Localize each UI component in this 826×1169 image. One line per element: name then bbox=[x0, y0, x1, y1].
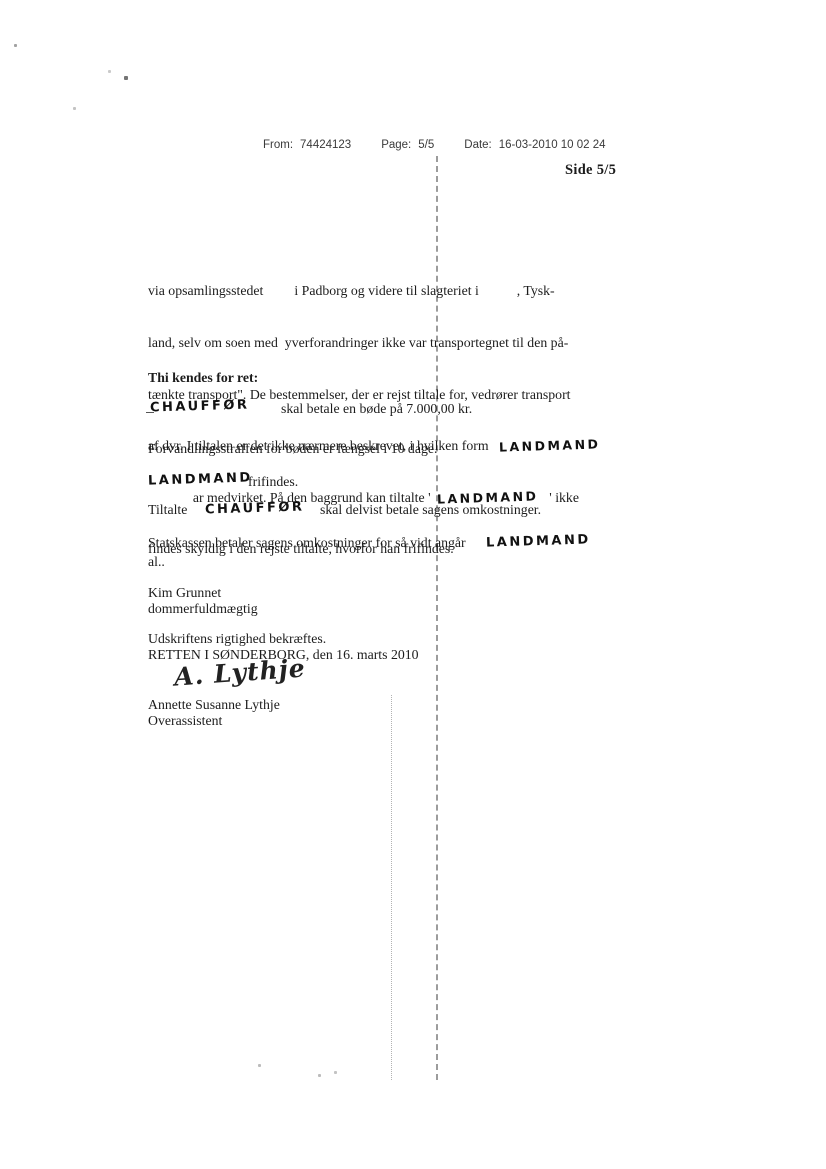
handwritten-chauffor: CHAUFFØR bbox=[205, 500, 304, 516]
fine-text: skal betale en bøde på 7.000,00 kr. bbox=[281, 401, 472, 417]
fax-page: Page: 5/5 bbox=[381, 139, 434, 151]
paragraph-line: land, selv om soen med yverforandringer … bbox=[148, 334, 618, 351]
signatory-title: Overassistent bbox=[148, 713, 222, 729]
scan-speck bbox=[334, 1071, 337, 1074]
acquittal-text: frifindes. bbox=[248, 474, 298, 490]
state-costs-tail: al.. bbox=[148, 554, 165, 570]
scan-speck bbox=[73, 107, 76, 110]
scan-speck bbox=[258, 1064, 261, 1067]
fax-date-value: 16-03-2010 10 02 24 bbox=[499, 139, 606, 151]
fold-line-artifact-faint bbox=[391, 695, 392, 1080]
fax-date-label: Date: bbox=[464, 139, 492, 151]
scan-speck bbox=[318, 1074, 321, 1077]
ruling-heading: Thi kendes for ret: bbox=[148, 370, 258, 386]
fax-from-value: 74424123 bbox=[300, 139, 351, 151]
page-number-label: Side 5/5 bbox=[565, 162, 616, 179]
costs-text: skal delvist betale sagens omkostninger. bbox=[320, 502, 541, 518]
fax-date: Date: 16-03-2010 10 02 24 bbox=[464, 139, 605, 151]
signatory-name: Annette Susanne Lythje bbox=[148, 697, 280, 713]
scan-speck bbox=[124, 76, 128, 80]
certification-line: Udskriftens rigtighed bekræftes. bbox=[148, 631, 326, 647]
scanned-court-document-page: From: 74424123 Page: 5/5 Date: 16-03-201… bbox=[0, 0, 826, 1169]
fax-header: From: 74424123 Page: 5/5 Date: 16-03-201… bbox=[263, 139, 636, 151]
fax-page-label: Page: bbox=[381, 139, 411, 151]
handwritten-landmand: LANDMAND bbox=[486, 533, 591, 549]
handwritten-chauffor: CHAUFFØR bbox=[150, 398, 249, 414]
costs-prefix: Tiltalte bbox=[148, 502, 187, 518]
paragraph-line-text: ' ikke bbox=[539, 490, 579, 505]
fax-from-label: From: bbox=[263, 139, 293, 151]
handwritten-landmand: LANDMAND bbox=[499, 436, 601, 456]
penalty-text: Forvandlingsstraffen for bøden er fængse… bbox=[148, 441, 437, 457]
state-costs-text: Statskassen betaler sagens omkostninger … bbox=[148, 535, 466, 551]
fax-page-value: 5/5 bbox=[418, 139, 434, 151]
clerk-title: dommerfuldmægtig bbox=[148, 601, 258, 617]
clerk-name: Kim Grunnet bbox=[148, 585, 221, 601]
handwritten-landmand: LANDMAND bbox=[148, 471, 253, 487]
fax-from: From: 74424123 bbox=[263, 139, 351, 151]
scan-speck bbox=[108, 70, 111, 73]
paragraph-line: via opsamlingsstedet i Padborg og videre… bbox=[148, 282, 618, 299]
scan-speck bbox=[14, 44, 17, 47]
